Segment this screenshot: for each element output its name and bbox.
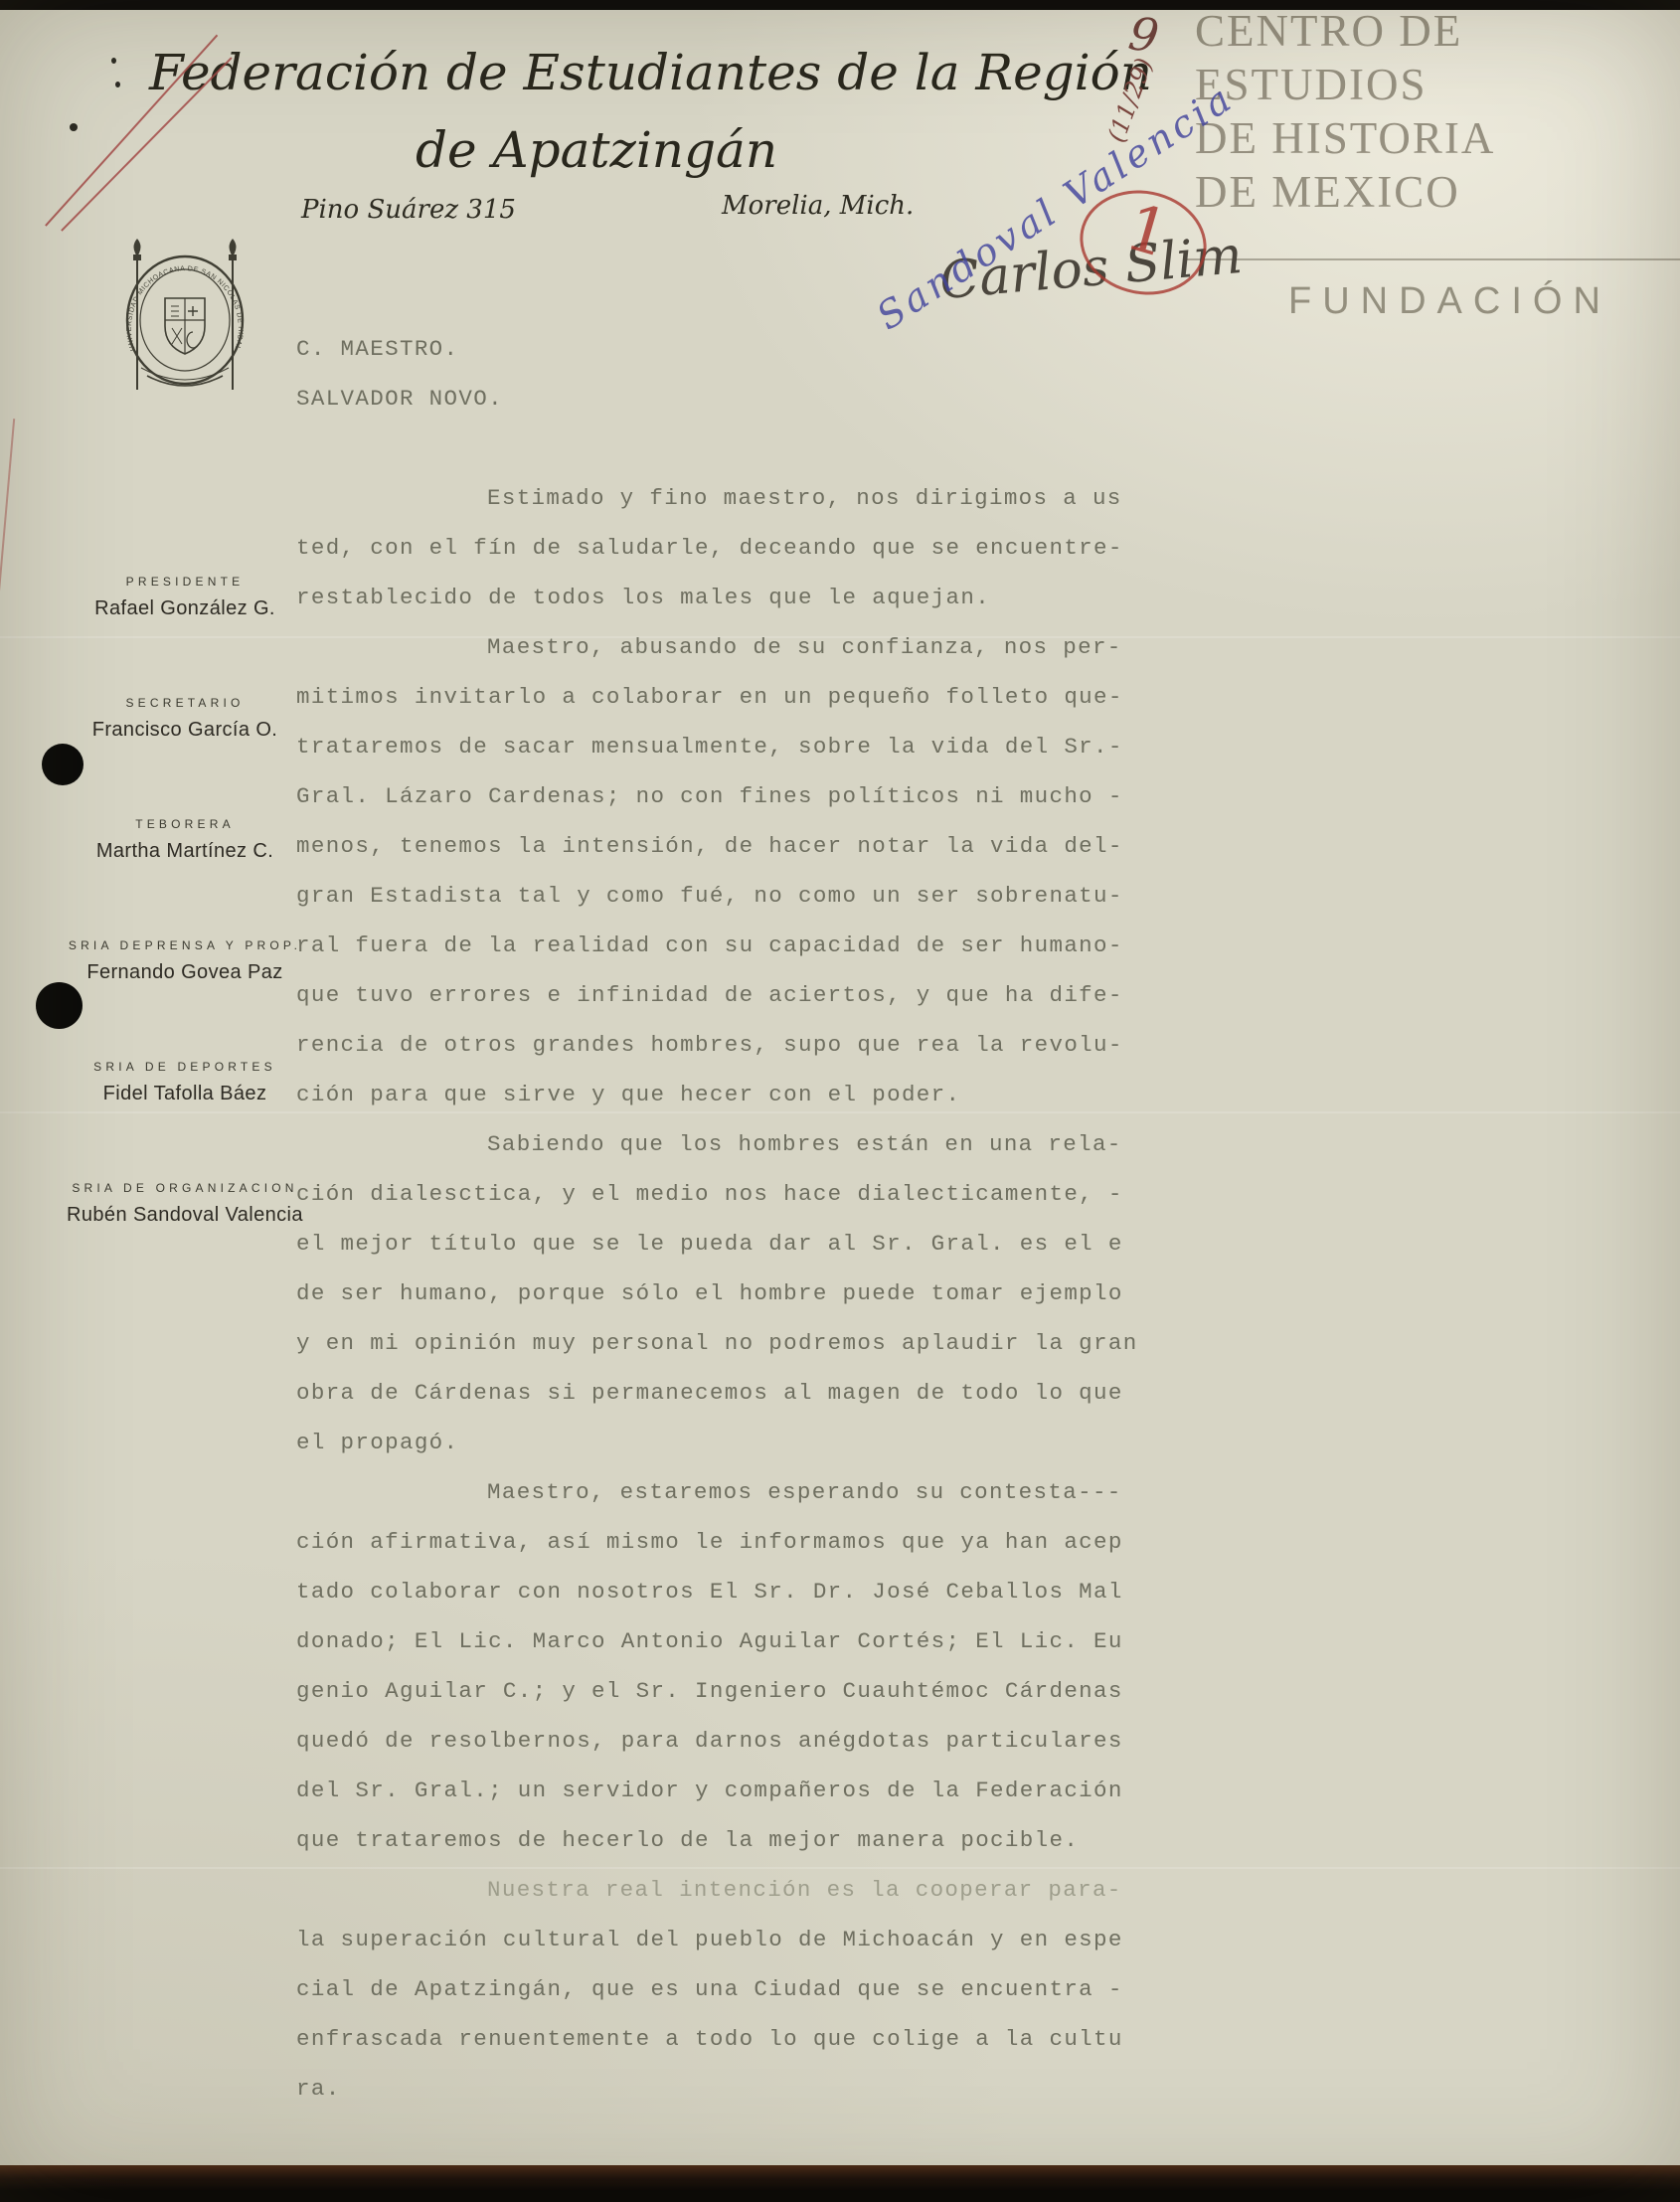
typed-line: SALVADOR NOVO. [296,374,1138,423]
watermark-line: DE HISTORIA [1195,111,1495,165]
typed-line: el mejor título que se le pueda dar al S… [296,1219,1138,1269]
typed-line: la superación cultural del pueblo de Mic… [296,1915,1138,1964]
typed-line: enfrascada renuentemente a todo lo que c… [296,2014,1138,2064]
typed-line: ted, con el fín de saludarle, deceando q… [296,523,1138,573]
officer-entry: PRESIDENTE Rafael González G. [56,575,314,696]
officer-entry: SRIA DE DEPORTES Fidel Tafolla Báez [56,1060,314,1181]
ink-dot [111,58,116,64]
typed-line: C. MAESTRO. [296,324,1138,374]
officer-name: Rubén Sandoval Valencia [56,1204,314,1227]
officer-entry: SRIA DEPRENSA Y PROP. Fernando Govea Paz [56,938,314,1060]
university-seal: UNIVERSIDAD MICHOACANA DE SAN NICOLAS DE… [109,229,260,398]
typed-line: Nuestra real intención es la cooperar pa… [296,1865,1138,1915]
typed-line: Estimado y fino maestro, nos dirigimos a… [296,473,1138,523]
typed-letter: C. MAESTRO.SALVADOR NOVO.Estimado y fino… [296,324,1138,2114]
typed-line: el propagó. [296,1418,1138,1467]
scan-edge-top [0,0,1680,10]
typed-line: restablecido de todos los males que le a… [296,573,1138,622]
watermark-foundation-label: FUNDACIÓN [1288,280,1611,323]
ink-dot [115,82,120,87]
watermark-line: ESTUDIOS [1195,58,1495,111]
typed-line: ra. [296,2064,1138,2114]
typed-line: mitimos invitarlo a colaborar en un pequ… [296,672,1138,722]
typed-line: del Sr. Gral.; un servidor y compañeros … [296,1766,1138,1815]
officer-role: SECRETARIO [56,696,314,710]
typed-line: cial de Apatzingán, que es una Ciudad qu… [296,1964,1138,2014]
officer-role: PRESIDENTE [56,575,314,589]
officer-name: Fernando Govea Paz [56,961,314,984]
svg-text:UNIVERSIDAD MICHOACANA DE SAN: UNIVERSIDAD MICHOACANA DE SAN NICOLAS DE… [109,229,244,352]
typed-line: trataremos de sacar mensualmente, sobre … [296,722,1138,771]
hole-punch-top [42,744,84,785]
typed-line: que trataremos de hecerlo de la mejor ma… [296,1815,1138,1865]
officer-role: SRIA DE DEPORTES [56,1060,314,1074]
letterhead-title-line1: Federación de Estudiantes de la Región [149,44,1044,101]
officer-role: TEBORERA [56,817,314,831]
typed-line: Maestro, estaremos esperando su contesta… [296,1467,1138,1517]
red-pencil-edge-mark [0,419,15,611]
typed-line: Maestro, abusando de su confianza, nos p… [296,622,1138,672]
letterhead-title-line2: de Apatzingán [149,121,1044,179]
scanned-letter-page: CENTRO DEESTUDIOSDE HISTORIADE MEXICO FU… [0,0,1680,2202]
typed-line: gran Estadista tal y como fué, no como u… [296,871,1138,921]
typed-line: ción para que sirve y que hecer con el p… [296,1070,1138,1119]
typed-line: ción afirmativa, así mismo le informamos… [296,1517,1138,1567]
officer-entry: TEBORERA Martha Martínez C. [56,817,314,938]
officer-role: SRIA DEPRENSA Y PROP. [56,938,314,952]
scan-edge-bottom [0,2165,1680,2202]
watermark-line: DE MEXICO [1195,165,1495,219]
watermark-line: CENTRO DE [1195,4,1495,58]
officer-name: Fidel Tafolla Báez [56,1083,314,1105]
typed-line: ción dialesctica, y el medio nos hace di… [296,1169,1138,1219]
typed-line: quedó de resolbernos, para darnos anégdo… [296,1716,1138,1766]
officer-role: SRIA DE ORGANIZACION [56,1181,314,1195]
typed-line [296,423,1138,473]
typed-line: rencia de otros grandes hombres, supo qu… [296,1020,1138,1070]
typed-line: tado colaborar con nosotros El Sr. Dr. J… [296,1567,1138,1616]
typed-line: que tuvo errores e infinidad de aciertos… [296,970,1138,1020]
hole-punch-bottom [36,982,83,1029]
letterhead-city: Morelia, Mich. [722,191,914,221]
officer-name: Francisco García O. [56,719,314,742]
officer-entry: SECRETARIO Francisco García O. [56,696,314,817]
letterhead-street-address: Pino Suárez 315 [301,195,516,225]
typed-line: Sabiendo que los hombres están en una re… [296,1119,1138,1169]
watermark-rule [1183,258,1680,260]
officer-name: Martha Martínez C. [56,840,314,863]
ink-dot [70,123,78,131]
typed-line: ral fuera de la realidad con su capacida… [296,921,1138,970]
typed-line: donado; El Lic. Marco Antonio Aguilar Co… [296,1616,1138,1666]
typed-line: genio Aguilar C.; y el Sr. Ingeniero Cua… [296,1666,1138,1716]
typed-line: Gral. Lázaro Cardenas; no con fines polí… [296,771,1138,821]
officer-entry: SRIA DE ORGANIZACION Rubén Sandoval Vale… [56,1181,314,1302]
typed-line: de ser humano, porque sólo el hombre pue… [296,1269,1138,1318]
typed-line: obra de Cárdenas si permanecemos al mage… [296,1368,1138,1418]
typed-line: y en mi opinión muy personal no podremos… [296,1318,1138,1368]
officer-name: Rafael González G. [56,597,314,620]
typed-line: menos, tenemos la intensión, de hacer no… [296,821,1138,871]
officers-list: PRESIDENTE Rafael González G. SECRETARIO… [56,575,314,1302]
